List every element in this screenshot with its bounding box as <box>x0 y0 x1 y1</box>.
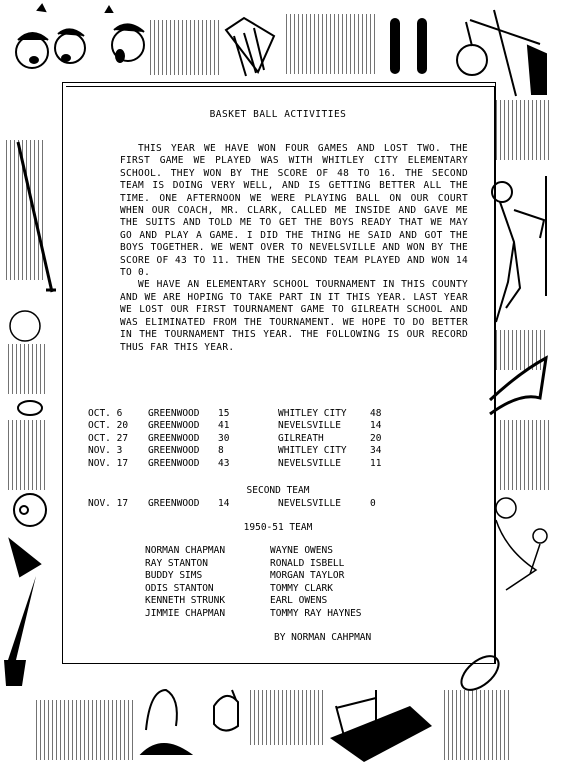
quill-pen-icon <box>8 576 36 660</box>
game-date: Nov. 17 <box>88 498 128 510</box>
home-team: Greenwood <box>148 498 199 510</box>
roster-name: Ronald Isbell <box>270 558 362 571</box>
football-field-icon <box>330 690 432 762</box>
opponent-score: 14 <box>370 420 381 432</box>
border-hatching <box>8 420 48 490</box>
roster-name: Earl Owens <box>270 595 362 608</box>
border-hatching <box>500 420 552 490</box>
paragraph: This year we have won four games and los… <box>120 143 468 279</box>
opponent-team: Whitley City <box>278 445 347 457</box>
opponent-team: Whitley City <box>278 408 347 420</box>
border-hatching <box>6 140 46 280</box>
home-score: 43 <box>218 458 229 470</box>
game-date: Oct. 6 <box>88 408 122 420</box>
singing-boys-icon <box>16 5 144 68</box>
border-hatching <box>36 700 136 760</box>
roster-name: Wayne Owens <box>270 545 362 558</box>
home-score: 30 <box>218 433 229 445</box>
border-hatching <box>496 100 550 160</box>
roster-name: Norman Chapman <box>145 545 225 558</box>
home-team: Greenwood <box>148 445 199 457</box>
game-date: Oct. 27 <box>88 433 128 445</box>
home-score: 14 <box>218 498 229 510</box>
opponent-team: Nevelsville <box>278 458 341 470</box>
home-team: Greenwood <box>148 433 199 445</box>
border-hatching <box>286 14 376 74</box>
document-body: This year we have won four games and los… <box>120 143 468 354</box>
baseball-icon <box>10 311 40 341</box>
girl-with-headscarf-icon <box>142 690 190 754</box>
opponent-team: Nevelsville <box>278 420 341 432</box>
border-hatching <box>444 690 510 760</box>
boy-portrait-icon <box>214 690 238 731</box>
border-hatching <box>250 690 325 745</box>
opponent-team: Gilreath <box>278 433 324 445</box>
home-score: 41 <box>218 420 229 432</box>
document-page: BASKET BALL ACTIVITIES This year we have… <box>62 82 494 662</box>
inkwell-icon <box>4 660 26 686</box>
border-hatching <box>8 344 46 394</box>
man-with-glasses-icon <box>10 494 46 576</box>
home-score: 8 <box>218 445 224 457</box>
opponent-score: 11 <box>370 458 381 470</box>
opponent-score: 0 <box>370 498 376 510</box>
roster-column-left: Norman Chapman Ray Stanton Buddy Sims Od… <box>145 545 225 621</box>
home-team: Greenwood <box>148 458 199 470</box>
roster-name: Tommy Clark <box>270 583 362 596</box>
roster-name: Buddy Sims <box>145 570 225 583</box>
roster-heading: 1950-51 Team <box>62 522 494 533</box>
roster-name: Ray Stanton <box>145 558 225 571</box>
second-team-heading: Second Team <box>62 485 494 496</box>
game-date: Oct. 20 <box>88 420 128 432</box>
whistle-icon <box>18 401 42 415</box>
roster-name: Tommy Ray Haynes <box>270 608 362 621</box>
byline: By Norman Cahpman <box>274 632 371 643</box>
test-tubes-icon <box>390 18 427 74</box>
game-date: Nov. 3 <box>88 445 122 457</box>
opponent-score: 48 <box>370 408 381 420</box>
home-score: 15 <box>218 408 229 420</box>
dancing-couple-icon <box>496 498 547 590</box>
roster-name: Kenneth Strunk <box>145 595 225 608</box>
paragraph: We have an elementary school tournament … <box>120 279 468 353</box>
border-hatching <box>150 20 220 75</box>
opponent-team: Nevelsville <box>278 498 341 510</box>
border-hatching <box>496 330 546 370</box>
roster-column-right: Wayne Owens Ronald Isbell Morgan Taylor … <box>270 545 362 621</box>
roster-name: Jimmie Chapman <box>145 608 225 621</box>
roster-name: Morgan Taylor <box>270 570 362 583</box>
leaning-boy-icon <box>492 176 546 322</box>
opponent-score: 34 <box>370 445 381 457</box>
document-title: BASKET BALL ACTIVITIES <box>62 109 494 120</box>
game-date: Nov. 17 <box>88 458 128 470</box>
home-team: Greenwood <box>148 420 199 432</box>
home-team: Greenwood <box>148 408 199 420</box>
opponent-score: 20 <box>370 433 381 445</box>
roster-name: Odis Stanton <box>145 583 225 596</box>
books-icon <box>226 18 274 76</box>
